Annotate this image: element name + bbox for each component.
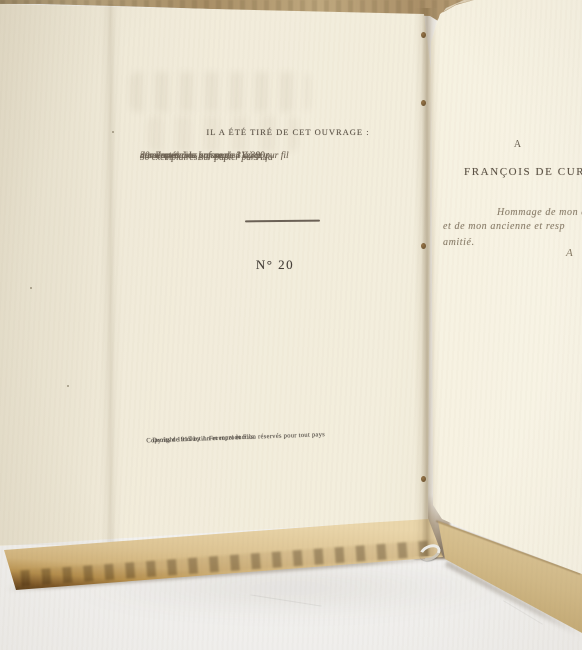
sewing-hole xyxy=(421,32,426,38)
inscription-line: Hommage de mon adm xyxy=(497,207,582,218)
signature-initial: A xyxy=(566,247,573,259)
paper-speck xyxy=(112,131,114,133)
limitation-line: numérotés à la presse de 31 à 80. xyxy=(140,150,267,163)
binding-gutter xyxy=(414,8,440,556)
sewing-hole xyxy=(421,243,426,249)
limitation-heading: IL A ÉTÉ TIRÉ DE CET OUVRAGE : xyxy=(140,127,436,137)
dedication-name: FRANÇOIS DE CUREL xyxy=(464,166,582,178)
page-fold-line xyxy=(100,4,122,542)
sewing-hole xyxy=(421,100,426,106)
paper-speck xyxy=(67,385,69,387)
endpaper-shading xyxy=(0,3,106,545)
inscription-line: et de mon ancienne et resp xyxy=(443,221,565,232)
sewing-hole xyxy=(421,476,426,482)
book-photo: IL A ÉTÉ TIRÉ DE CET OUVRAGE : 30 exempl… xyxy=(0,0,582,650)
inscription-line: amitié. xyxy=(443,237,475,248)
paper-speck xyxy=(30,287,32,289)
show-through-ghost-text xyxy=(130,72,310,112)
copy-number: N° 20 xyxy=(180,257,370,273)
dedication-prefix: A xyxy=(500,139,536,150)
